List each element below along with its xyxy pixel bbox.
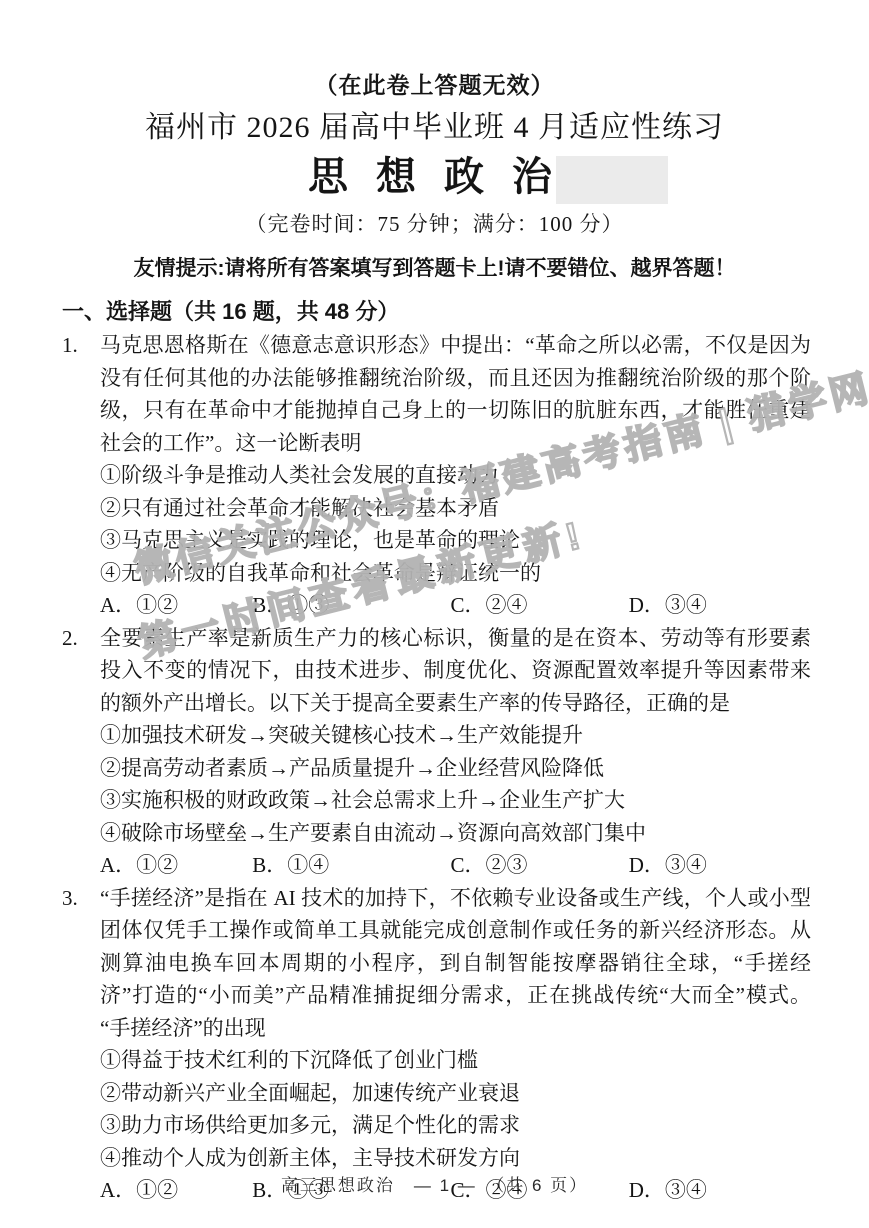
question-stem: 马克思恩格斯在《德意志意识形态》中提出：“革命之所以必需，不仅是因为没有任何其他… bbox=[100, 329, 811, 459]
question-item: ①得益于技术红利的下沉降低了创业门槛 bbox=[100, 1044, 811, 1077]
option-b: B．①③ bbox=[252, 589, 445, 622]
option-d: D．③④ bbox=[629, 849, 707, 882]
question-item: ②带动新兴产业全面崛起，加速传统产业衰退 bbox=[100, 1077, 811, 1110]
question-item: ④破除市场壁垒→生产要素自由流动→资源向高效部门集中 bbox=[100, 817, 811, 850]
invalid-answer-notice: （在此卷上答题无效） bbox=[0, 70, 869, 100]
question-number: 2. bbox=[62, 622, 78, 655]
question-item: ③助力市场供给更加多元，满足个性化的需求 bbox=[100, 1109, 811, 1142]
question-item: ④无产阶级的自我革命和社会革命是辩证统一的 bbox=[100, 557, 811, 590]
question-number: 3. bbox=[62, 882, 78, 915]
question-stem: “手搓经济”是指在 AI 技术的加持下，不依赖专业设备或生产线，个人或小型团体仅… bbox=[100, 882, 811, 1045]
options-row: A．①② B．①③ C．②④ D．③④ bbox=[100, 589, 811, 622]
question-item: ④推动个人成为创新主体，主导技术研发方向 bbox=[100, 1142, 811, 1175]
question-item: ①加强技术研发→突破关键核心技术→生产效能提升 bbox=[100, 719, 811, 752]
friendly-reminder: 友情提示:请将所有答案填写到答题卡上!请不要错位、越界答题！ bbox=[0, 255, 869, 283]
question-1: 1. 马克思恩格斯在《德意志意识形态》中提出：“革命之所以必需，不仅是因为没有任… bbox=[62, 329, 811, 622]
question-item: ①阶级斗争是推动人类社会发展的直接动力 bbox=[100, 459, 811, 492]
page-footer: 高三思想政治 — 1 — （共 6 页） bbox=[0, 1171, 869, 1196]
question-item: ②提高劳动者素质→产品质量提升→企业经营风险降低 bbox=[100, 752, 811, 785]
option-a: A．①② bbox=[100, 589, 247, 622]
question-3: 3. “手搓经济”是指在 AI 技术的加持下，不依赖专业设备或生产线，个人或小型… bbox=[62, 882, 811, 1207]
question-item: ③马克思主义是实践的理论，也是革命的理论 bbox=[100, 524, 811, 557]
time-score-line: （完卷时间：75 分钟；满分：100 分） bbox=[0, 210, 869, 238]
question-item: ②只有通过社会革命才能解决社会基本矛盾 bbox=[100, 492, 811, 525]
exam-paper-page: （在此卷上答题无效） 福州市 2026 届高中毕业班 4 月适应性练习 思 想 … bbox=[0, 0, 869, 1228]
question-number: 1. bbox=[62, 329, 78, 362]
option-b: B．①④ bbox=[252, 849, 445, 882]
options-row: A．①② B．①④ C．②③ D．③④ bbox=[100, 849, 811, 882]
paper-content: 一、选择题（共 16 题，共 48 分） 1. 马克思恩格斯在《德意志意识形态》… bbox=[0, 295, 869, 1207]
exam-title: 福州市 2026 届高中毕业班 4 月适应性练习 bbox=[0, 109, 869, 147]
question-stem: 全要素生产率是新质生产力的核心标识，衡量的是在资本、劳动等有形要素投入不变的情况… bbox=[100, 622, 811, 720]
option-a: A．①② bbox=[100, 849, 247, 882]
option-d: D．③④ bbox=[629, 589, 707, 622]
question-2: 2. 全要素生产率是新质生产力的核心标识，衡量的是在资本、劳动等有形要素投入不变… bbox=[62, 622, 811, 882]
section-heading: 一、选择题（共 16 题，共 48 分） bbox=[62, 295, 811, 329]
option-c: C．②③ bbox=[451, 849, 624, 882]
question-item: ③实施积极的财政政策→社会总需求上升→企业生产扩大 bbox=[100, 784, 811, 817]
option-c: C．②④ bbox=[451, 589, 624, 622]
paper-header: （在此卷上答题无效） 福州市 2026 届高中毕业班 4 月适应性练习 思 想 … bbox=[0, 0, 869, 283]
subject-title: 思 想 政 治 bbox=[0, 153, 869, 201]
